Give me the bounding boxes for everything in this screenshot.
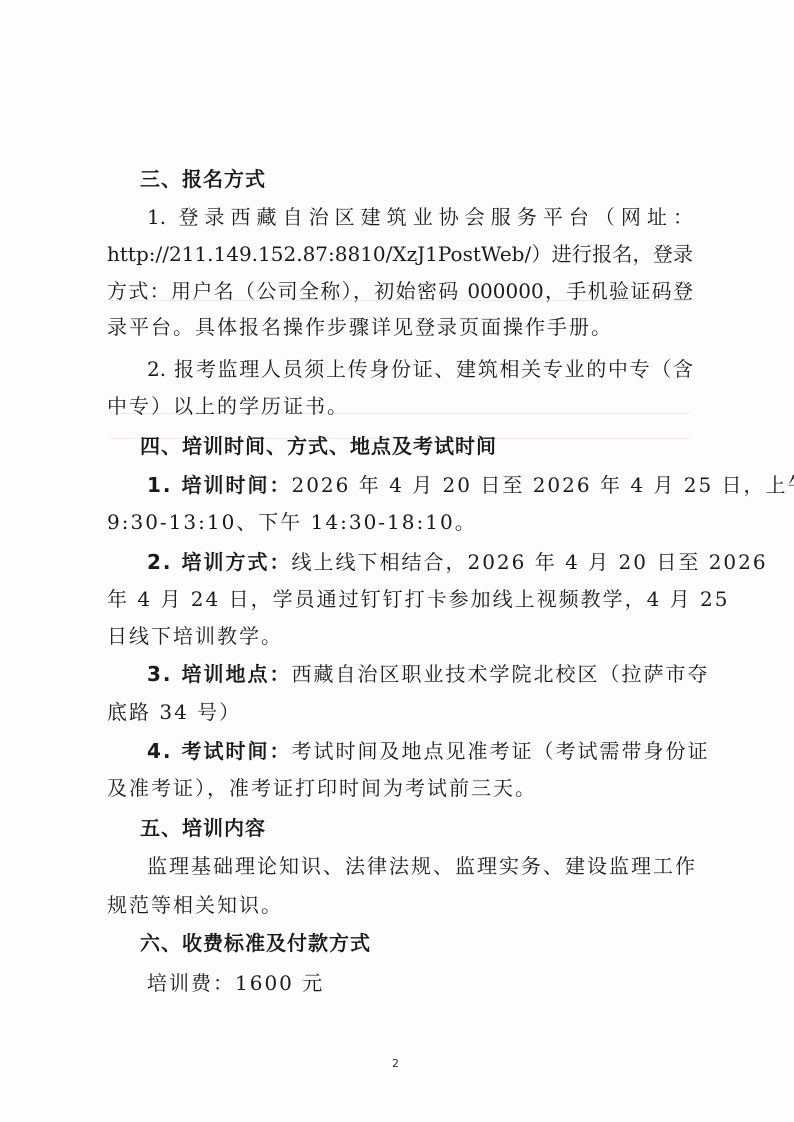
section-heading-registration: 三、报名方式 (140, 166, 726, 192)
paragraph-line: 规范等相关知识。 (107, 892, 693, 918)
fee-line: 培训费：1600 元 (147, 970, 693, 996)
section-heading-training-schedule: 四、培训时间、方式、地点及考试时间 (140, 433, 726, 459)
paragraph-line: 方式：用户名（公司全称），初始密码 000000，手机验证码登 (107, 278, 693, 304)
paragraph-line: 录平台。具体报名操作步骤详见登录页面操作手册。 (107, 314, 693, 340)
paragraph-line: 1. 登录西藏自治区建筑业协会服务平台（网址： (147, 204, 693, 230)
section-heading-training-content: 五、培训内容 (140, 815, 726, 841)
section-heading-fees: 六、收费标准及付款方式 (140, 930, 726, 956)
item-exam-time: 4. 考试时间：考试时间及地点见准考证（考试需带身份证 (147, 738, 693, 764)
item-label: 4. 考试时间： (147, 739, 291, 763)
paragraph-line: 及准考证），准考证打印时间为考试前三天。 (107, 775, 693, 801)
page-number: 2 (392, 1057, 399, 1070)
item-training-time: 1. 培训时间：2026 年 4 月 20 日至 2026 年 4 月 25 日… (147, 472, 693, 498)
paragraph-line: 底路 34 号） (107, 699, 693, 725)
paragraph-line: 年 4 月 24 日，学员通过钉钉打卡参加线上视频教学，4 月 25 (107, 586, 693, 612)
paragraph-line-url: http://211.149.152.87:8810/XzJ1PostWeb/）… (107, 241, 693, 267)
item-label: 1. 培训时间： (147, 473, 291, 497)
item-text: 西藏自治区职业技术学院北校区（拉萨市夺 (291, 662, 709, 686)
item-training-method: 2. 培训方式：线上线下相结合，2026 年 4 月 20 日至 2026 (147, 549, 693, 575)
paragraph-line: 中专）以上的学历证书。 (107, 393, 693, 419)
item-text: 线上线下相结合，2026 年 4 月 20 日至 2026 (291, 550, 767, 574)
item-label: 2. 培训方式： (147, 550, 291, 574)
paragraph-line: 监理基础理论知识、法律法规、监理实务、建设监理工作 (147, 853, 693, 879)
document-page: 三、报名方式 1. 登录西藏自治区建筑业协会服务平台（网址： http://21… (107, 0, 693, 1122)
paragraph-line: 2. 报考监理人员须上传身份证、建筑相关专业的中专（含 (147, 356, 693, 382)
item-training-location: 3. 培训地点：西藏自治区职业技术学院北校区（拉萨市夺 (147, 661, 693, 687)
paragraph-line: 日线下培训教学。 (107, 623, 693, 649)
item-text: 考试时间及地点见准考证（考试需带身份证 (291, 739, 709, 763)
item-label: 3. 培训地点： (147, 662, 291, 686)
item-text: 2026 年 4 月 20 日至 2026 年 4 月 25 日，上午 (291, 473, 794, 497)
paragraph-line: 9:30-13:10、下午 14:30-18:10。 (107, 509, 693, 535)
